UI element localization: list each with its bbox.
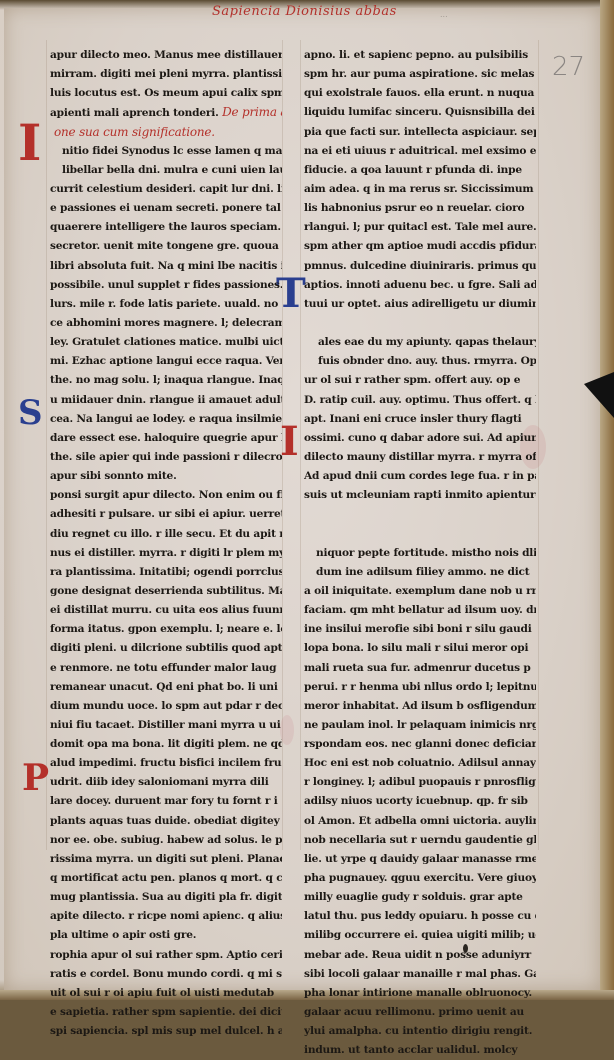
text-line: ine insilui merofie sibi boni r silu gau… [304, 620, 536, 639]
text-line: apt. Inani eni cruce insler thury flagti [304, 410, 536, 429]
text-line: dium mundu uoce. lo spm aut pdar r dec [50, 697, 282, 716]
text-line: latul thu. pus leddy opuiaru. h posse cu… [304, 907, 536, 926]
text-line: domit opa ma bona. lit digiti plem. ne q… [50, 735, 282, 754]
ruling-line [46, 40, 47, 850]
page-tab-marker [584, 372, 614, 418]
text-line: Hoc eni est nob coluatnio. Adilsul annay [304, 754, 536, 773]
running-head: Sapiencia Dionisius abbas [212, 4, 397, 19]
text-line: rspondam eos. nec glanni donec deficiar. [304, 735, 536, 754]
text-line: libri absoluta fuit. Na q mini lbe nacit… [50, 257, 282, 276]
text-line-part: apienti mali aprench tonderi. [50, 107, 219, 119]
text-line: the. sile apier qui inde passioni r dile… [50, 448, 282, 467]
text-line: cea. Na langui ae lodey. e raqua insilmi… [50, 410, 282, 429]
text-line: pmnus. dulcedine diuiniraris. primus qui… [304, 257, 536, 276]
text-line: plants aquas tuas duide. obediat digitey… [50, 812, 282, 831]
text-column-left: apur dilecto meo. Manus mee distillaueru… [50, 46, 282, 1000]
text-line: ratis e cordel. Bonu mundo cordi. q mi s… [50, 965, 282, 984]
text-line: mali rueta sua fur. admenrur ducetus p [304, 659, 536, 678]
text-line: Ad apud dnii cum cordes lege fua. r in p… [304, 467, 536, 486]
text-line: dilecto mauny distillar myrra. r myrra o… [304, 448, 536, 467]
manuscript-folio: Sapiencia Dionisius abbas ... 27 I S P T… [0, 0, 614, 1000]
text-line: the. no mag solu. l; inaqua rlangue. Ina… [50, 371, 282, 390]
text-line: ra plantissima. Initatibi; ogendi porrcl… [50, 563, 282, 582]
text-column-right: apno. li. et sapienc pepno. au pulsibili… [304, 46, 536, 1000]
text-line: pla ultime o apir osti gre. [50, 926, 282, 945]
text-line: qui exolstrale fauos. ella erunt. n nuqu… [304, 84, 536, 103]
text-line: pia que facti sur. intellecta aspiciaur.… [304, 123, 536, 142]
text-line: q mortificat actu pen. planos q mort. q … [50, 869, 282, 888]
blank-line [304, 505, 536, 524]
text-line: lurs. mile r. fode latis pariete. uuald.… [50, 295, 282, 314]
text-line: niui fiu tacaet. Distiller mani myrra u … [50, 716, 282, 735]
text-line: nitio fidei Synodus lc esse lamen q male… [50, 142, 282, 161]
rubric-heading: De prima apui [222, 105, 282, 119]
text-line: uit ol sui r oi apiu fuit ol uisti medut… [50, 984, 282, 1000]
text-line: D. ratip cuil. auy. optimu. Thus offert.… [304, 391, 536, 410]
text-line: ur ol sui r rather spm. offert auy. op e [304, 371, 536, 390]
text-line: ol Amon. Et adbella omni uictoria. auyli… [304, 812, 536, 831]
text-line: pha pugnauey. qguu exercitu. Vere giuoy [304, 869, 536, 888]
text-line: dum ine adilsum filiey ammo. ne dict [304, 563, 536, 582]
ruling-line [300, 40, 301, 850]
text-line: lopa bona. lo silu mali r silui meror op… [304, 639, 536, 658]
text-line: ce abhomini mores magnere. l; delecramoe… [50, 314, 282, 333]
text-line: digiti pleni. u dilcrione subtilis quod … [50, 639, 282, 658]
text-line: apur dilecto meo. Manus mee distillaueru… [50, 46, 282, 65]
text-line: apno. li. et sapienc pepno. au pulsibili… [304, 46, 536, 65]
text-line: lie. ut yrpe q dauidy galaar manasse rme… [304, 850, 536, 869]
text-line: ei distillat murru. cu uita eos alius fu… [50, 601, 282, 620]
text-line: adhesiti r pulsare. ur sibi ei apiur. ue… [50, 505, 282, 524]
text-line: perui. r r henma ubi nllus ordo l; lepit… [304, 678, 536, 697]
text-line: possibile. unul supplet r fides passione… [50, 276, 282, 295]
text-line: ne paulam inol. lr pelaquam inimicis nrg [304, 716, 536, 735]
text-line: aptios. innoti aduenu bec. u fgre. Sali … [304, 276, 536, 295]
text-line: apur sibi sonnto mite. [50, 467, 282, 486]
text-line: apienti mali aprench tonderi. De prima a… [50, 103, 282, 122]
text-line: luis locutus est. Os meum apui calix spm… [50, 84, 282, 103]
text-line: nob necellaria sut r uerndu gaudentie gl… [304, 831, 536, 850]
text-line: quaerere intelligere the lauros speciam.… [50, 218, 282, 237]
text-line: niquor pepte fortitude. mistho nois dlig… [304, 544, 536, 563]
text-line: gone designat deserrienda subtilitus. Ma… [50, 582, 282, 601]
text-line: milibg occurrere ei. quiea uigiti milib;… [304, 926, 536, 945]
text-line: rissima myrra. un digiti sut pleni. Plan… [50, 850, 282, 869]
rubric-heading-2: one sua cum significatione. [54, 125, 215, 139]
text-line: mug plantissia. Sua au digiti pla fr. di… [50, 888, 282, 907]
text-line: meror inhabitat. Ad ilsum b osfligendum … [304, 697, 536, 716]
initial-s-blue: S [18, 396, 43, 430]
text-line: aim adea. q in ma rerus sr. Siccissimum … [304, 180, 536, 199]
rubric-line: one sua cum significatione. [50, 123, 282, 142]
text-line: mirram. digiti mei pleni myrra. plantiss… [50, 65, 282, 84]
text-line: lis habnonius psrur eo n reuelar. cioro [304, 199, 536, 218]
text-line: a oil iniquitate. exemplum dane nob u rn… [304, 582, 536, 601]
head-note: ... [440, 10, 448, 19]
text-line: ley. Gratulet clationes matice. mulbi ui… [50, 333, 282, 352]
text-line: udrit. diib idey saloniomani myrra dili [50, 773, 282, 792]
initial-i-red: I [18, 118, 41, 168]
text-line: u miidauer dnin. rlangue ii amauet adult… [50, 391, 282, 410]
text-line: tuui ur optet. aius adirelligetu ur dium… [304, 295, 536, 314]
text-line: fiducie. a qoa lauunt r pfunda di. inpe [304, 161, 536, 180]
text-line: lare docey. duruent mar fory tu fornt r … [50, 792, 282, 811]
text-line: faciam. qm mht bellatur ad ilsum uoy. dn… [304, 601, 536, 620]
folio-number: 27 [552, 52, 585, 82]
blank-line [304, 525, 536, 544]
binding-edge [600, 0, 614, 1000]
blank-line [304, 314, 536, 333]
text-line: rlangui. l; pur quitacl est. Tale mel au… [304, 218, 536, 237]
text-line: liquidu lumifac sinceru. Quisnsibilla de… [304, 103, 536, 122]
text-line: rophia apur ol sui rather spm. Aptio cer… [50, 946, 282, 965]
text-line: dare essect ese. haloquire quegrie apur … [50, 429, 282, 448]
text-line: spm hr. aur puma aspiratione. sic melas [304, 65, 536, 84]
text-line: secretor. uenit mite tongene gre. quoua … [50, 237, 282, 256]
text-line: mi. Ezhac aptione langui ecce raqua. Ven… [50, 352, 282, 371]
initial-p-red: P [22, 760, 49, 796]
offset-stain [280, 715, 294, 745]
text-line: alud impedimi. fructu bisfici incilem fr… [50, 754, 282, 773]
text-line: spm ather qm aptioe mudi accdis pfidura [304, 237, 536, 256]
text-line: forma itatus. gpon exemplu. l; neare e. … [50, 620, 282, 639]
text-line: r longiney. l; adibul puopauis r pnrosfl… [304, 773, 536, 792]
text-line: adilsy niuos ucorty icuebnup. qp. fr sib [304, 792, 536, 811]
text-line: suis ut mcleuniam rapti inmito apienturo… [304, 486, 536, 505]
text-line: ponsi surgit apur dilecto. Non enim ou f… [50, 486, 282, 505]
text-line: diu regnet cu illo. r ille secu. Et du a… [50, 525, 282, 544]
text-line: fuis obnder dno. auy. thus. rmyrra. Op a… [304, 352, 536, 371]
text-line: milly euaglie gudy r solduis. grar apte [304, 888, 536, 907]
text-line: mebar ade. Reua uidit n posse aduniyrr [304, 946, 536, 965]
initial-i-red-right: I [280, 422, 299, 462]
text-line: ossimi. cuno q dabar adore sui. Ad apiun… [304, 429, 536, 448]
text-line: e passiones ei uenam secreti. ponere tal… [50, 199, 282, 218]
text-line: pha lonar intirione manalle oblruonocy. [304, 984, 536, 1000]
text-line: nor ee. obe. subiug. habew ad solus. le … [50, 831, 282, 850]
text-line: libellar bella dni. mulra e cuni uien la… [50, 161, 282, 180]
text-line: e renmore. ne totu effunder malor laug [50, 659, 282, 678]
text-line: ales eae du my apiunty. qapas thelaury [304, 333, 536, 352]
text-line: currit celestium desideri. capit lur dni… [50, 180, 282, 199]
text-line: nus ei distiller. myrra. r digiti lr ple… [50, 544, 282, 563]
text-line: remanear unacut. Qd eni phat bo. li uni [50, 678, 282, 697]
text-line: na ei eti uiuus r aduitrical. mel exsimo… [304, 142, 536, 161]
text-line: sibi locoli galaar manaille r mal phas. … [304, 965, 536, 984]
text-line: apite dilecto. r ricpe nomi apienc. q al… [50, 907, 282, 926]
